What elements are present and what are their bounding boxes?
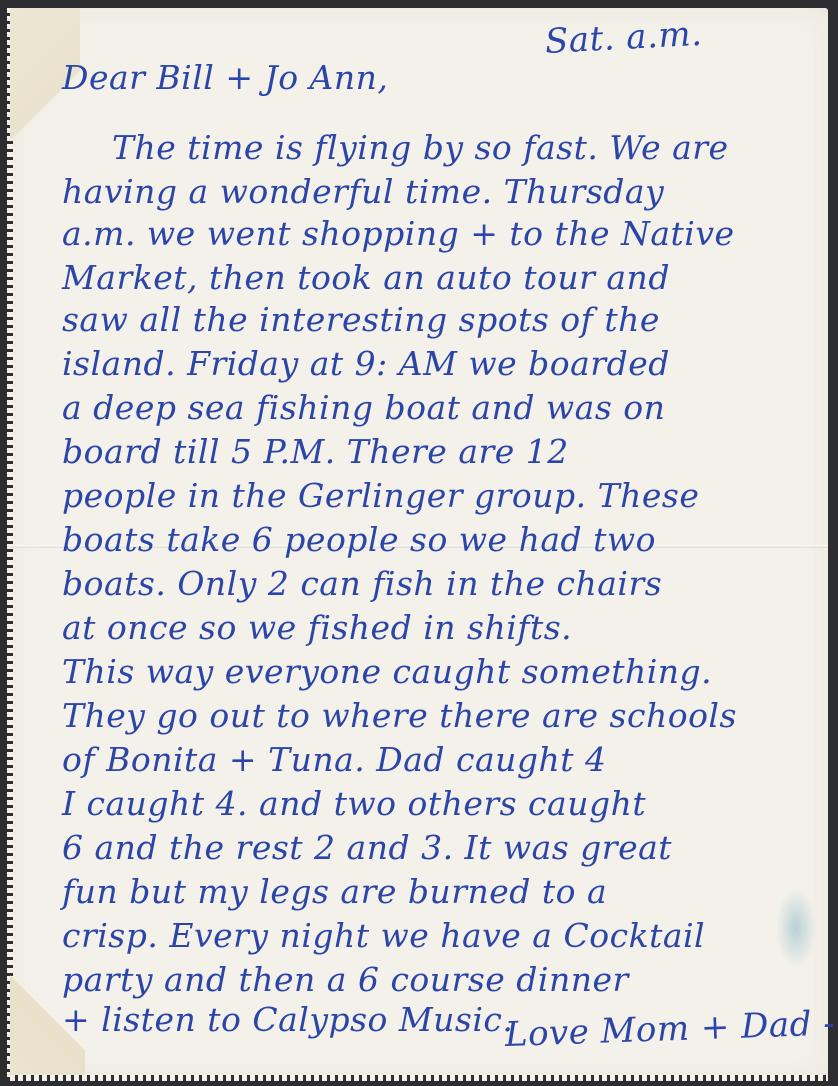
body-line: I caught 4. and two others caught bbox=[62, 784, 646, 823]
body-line: boats. Only 2 can fish in the chairs bbox=[62, 564, 662, 603]
body-line: Market, then took an auto tour and bbox=[62, 258, 670, 297]
body-line: a deep sea fishing boat and was on bbox=[62, 388, 665, 427]
body-line: The time is flying by so fast. We are bbox=[112, 128, 729, 167]
body-line: saw all the interesting spots of the bbox=[62, 300, 660, 339]
scanned-letter: Sat. a.m. Dear Bill + Jo Ann, The time i… bbox=[0, 0, 838, 1086]
body-line: fun but my legs are burned to a bbox=[62, 872, 607, 911]
body-line: at once so we fished in shifts. bbox=[62, 608, 572, 647]
body-line: of Bonita + Tuna. Dad caught 4 bbox=[62, 740, 607, 779]
body-line: + listen to Calypso Music. bbox=[62, 1000, 513, 1039]
body-line: a.m. we went shopping + to the Native bbox=[62, 214, 735, 253]
body-line: boats take 6 people so we had two bbox=[62, 520, 656, 559]
body-line: crisp. Every night we have a Cocktail bbox=[62, 916, 705, 955]
body-line: having a wonderful time. Thursday bbox=[62, 172, 664, 211]
body-line: They go out to where there are schools bbox=[62, 696, 737, 735]
body-line: party and then a 6 course dinner bbox=[62, 960, 629, 999]
body-line: board till 5 P.M. There are 12 bbox=[62, 432, 569, 471]
body-line: 6 and the rest 2 and 3. It was great bbox=[62, 828, 672, 867]
ink-stain bbox=[776, 888, 816, 968]
letter-date: Sat. a.m. bbox=[544, 14, 703, 62]
body-line: people in the Gerlinger group. These bbox=[62, 476, 699, 515]
body-line: island. Friday at 9: AM we boarded bbox=[62, 344, 670, 383]
letter-salutation: Dear Bill + Jo Ann, bbox=[62, 58, 388, 97]
body-line: This way everyone caught something. bbox=[62, 652, 712, 691]
